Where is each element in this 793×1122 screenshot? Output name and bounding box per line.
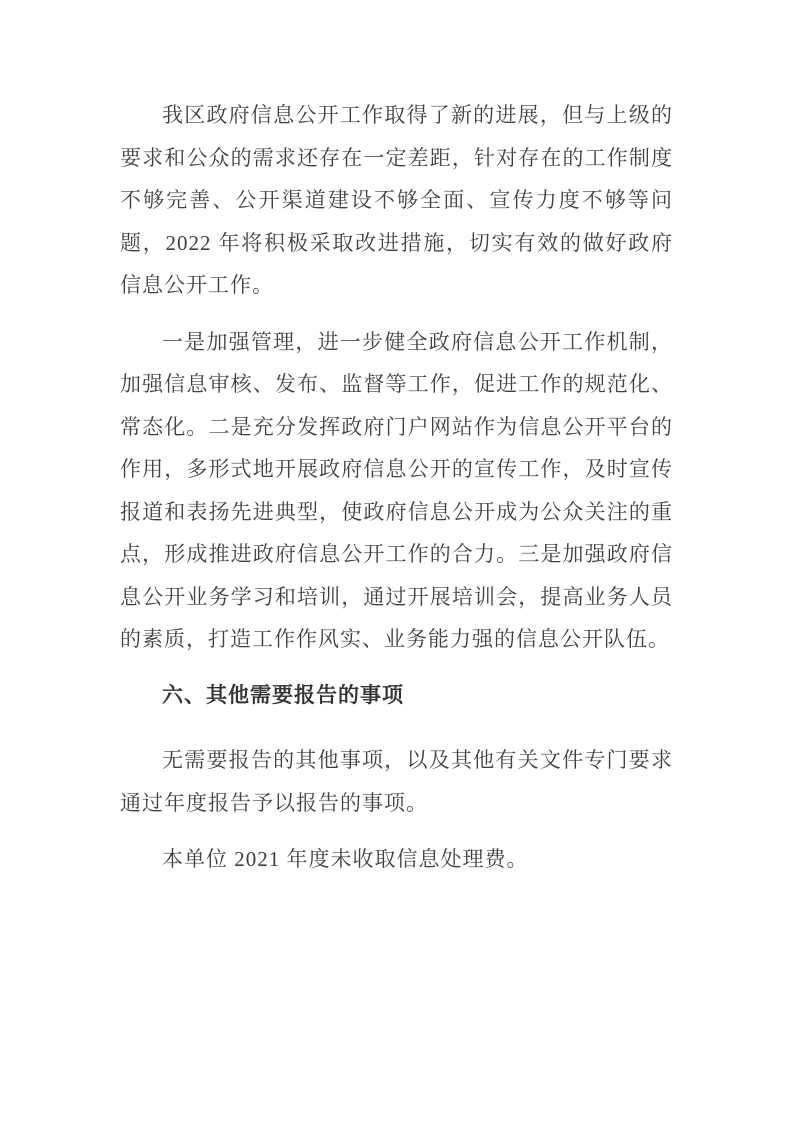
- paragraph-other-matters: 无需要报告的其他事项，以及其他有关文件专门要求通过年度报告予以报告的事项。: [120, 739, 673, 824]
- section-heading-six: 六、其他需要报告的事项: [120, 675, 673, 718]
- document-page: 我区政府信息公开工作取得了新的进展，但与上级的要求和公众的需求还存在一定差距，针…: [0, 0, 793, 1122]
- paragraph-three-measures: 一是加强管理，进一步健全政府信息公开工作机制，加强信息审核、发布、监督等工作，促…: [120, 321, 673, 661]
- paragraph-improvement-plan: 我区政府信息公开工作取得了新的进展，但与上级的要求和公众的需求还存在一定差距，针…: [120, 94, 673, 307]
- document-body: 我区政府信息公开工作取得了新的进展，但与上级的要求和公众的需求还存在一定差距，针…: [0, 0, 793, 881]
- paragraph-processing-fee: 本单位 2021 年度未收取信息处理费。: [120, 838, 673, 881]
